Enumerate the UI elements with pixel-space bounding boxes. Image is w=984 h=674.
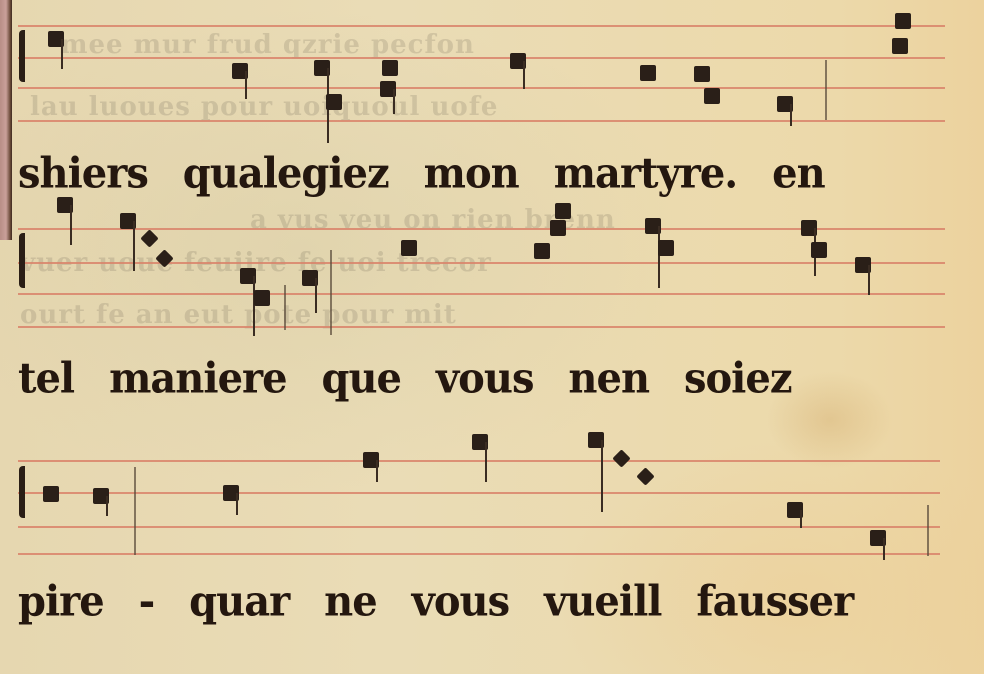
c-clef-icon (19, 233, 33, 288)
staff-line (18, 87, 945, 89)
lyric-word: martyre. (554, 149, 737, 198)
note-stem (601, 440, 603, 512)
lyric-word: maniere (109, 354, 287, 403)
lyric-word: qualegiez (183, 149, 389, 198)
note-stem (106, 496, 108, 516)
note-stem (70, 205, 72, 245)
note-stem (485, 442, 487, 482)
staff-line (18, 553, 940, 555)
square-note-icon (895, 13, 911, 29)
note-stem (133, 221, 135, 271)
bar-line (330, 250, 332, 335)
square-note-icon (43, 486, 59, 502)
note-stem (245, 71, 247, 99)
lyric-line-1: shiers qualegiez mon martyre. en (18, 149, 847, 198)
bleed-through-text: mee mur frud qzrie pecfon (60, 30, 475, 60)
rhombus-note-icon (140, 229, 158, 247)
bar-line (927, 505, 929, 556)
rhombus-note-icon (612, 449, 630, 467)
manuscript-page: mee mur frud qzrie pecfonlau luoues pour… (0, 0, 984, 674)
lyric-word: ne (324, 577, 377, 626)
note-stem (883, 538, 885, 560)
note-stem (315, 278, 317, 313)
staff-line (18, 57, 945, 59)
square-note-icon (401, 240, 417, 256)
staff-line (18, 25, 945, 27)
square-note-icon (555, 203, 571, 219)
lyric-word: que (322, 354, 402, 403)
square-note-icon (640, 65, 656, 81)
note-stem (658, 226, 660, 288)
note-stem (253, 276, 255, 336)
square-note-icon (694, 66, 710, 82)
note-stem (800, 510, 802, 528)
square-note-icon (658, 240, 674, 256)
lyric-word: vous (412, 577, 510, 626)
bar-line (825, 60, 827, 120)
note-stem (868, 265, 870, 295)
lyric-word: quar (189, 577, 289, 626)
note-stem (393, 89, 395, 114)
square-note-icon (382, 60, 398, 76)
bar-line (284, 285, 286, 330)
lyric-line-3: pire - quar ne vous vueill fausser (18, 577, 875, 626)
decorated-initial-border (0, 0, 12, 240)
note-stem (790, 104, 792, 126)
rhombus-note-icon (636, 467, 654, 485)
lyric-word: en (772, 149, 825, 198)
lyric-line-2: tel maniere que vous nen soiez (18, 354, 814, 403)
staff-line (18, 262, 945, 264)
staff-line (18, 293, 945, 295)
square-note-icon (254, 290, 270, 306)
lyric-word: vueill (544, 577, 661, 626)
staff-line (18, 326, 945, 328)
note-stem (523, 61, 525, 89)
square-note-icon (534, 243, 550, 259)
note-stem (236, 493, 238, 515)
note-stem (376, 460, 378, 482)
lyric-word: nen (568, 354, 649, 403)
lyric-word: tel (18, 354, 74, 403)
bar-line (134, 467, 136, 555)
note-stem (61, 39, 63, 69)
bleed-through-text: lau luoues pour uoiquoul uofe (30, 92, 498, 122)
c-clef-icon (19, 30, 33, 82)
lyric-word: vous (436, 354, 534, 403)
square-note-icon (892, 38, 908, 54)
lyric-word: - (139, 577, 155, 626)
lyric-word: soiez (684, 354, 792, 403)
lyric-word: shiers (18, 149, 148, 198)
c-clef-icon (19, 466, 33, 518)
square-note-icon (326, 94, 342, 110)
square-note-icon (704, 88, 720, 104)
staff-line (18, 120, 945, 122)
square-note-icon (811, 242, 827, 258)
staff-line (18, 460, 940, 462)
lyric-word: mon (424, 149, 519, 198)
lyric-word: pire (18, 577, 104, 626)
staff-line (18, 492, 940, 494)
lyric-word: fausser (696, 577, 853, 626)
square-note-icon (550, 220, 566, 236)
